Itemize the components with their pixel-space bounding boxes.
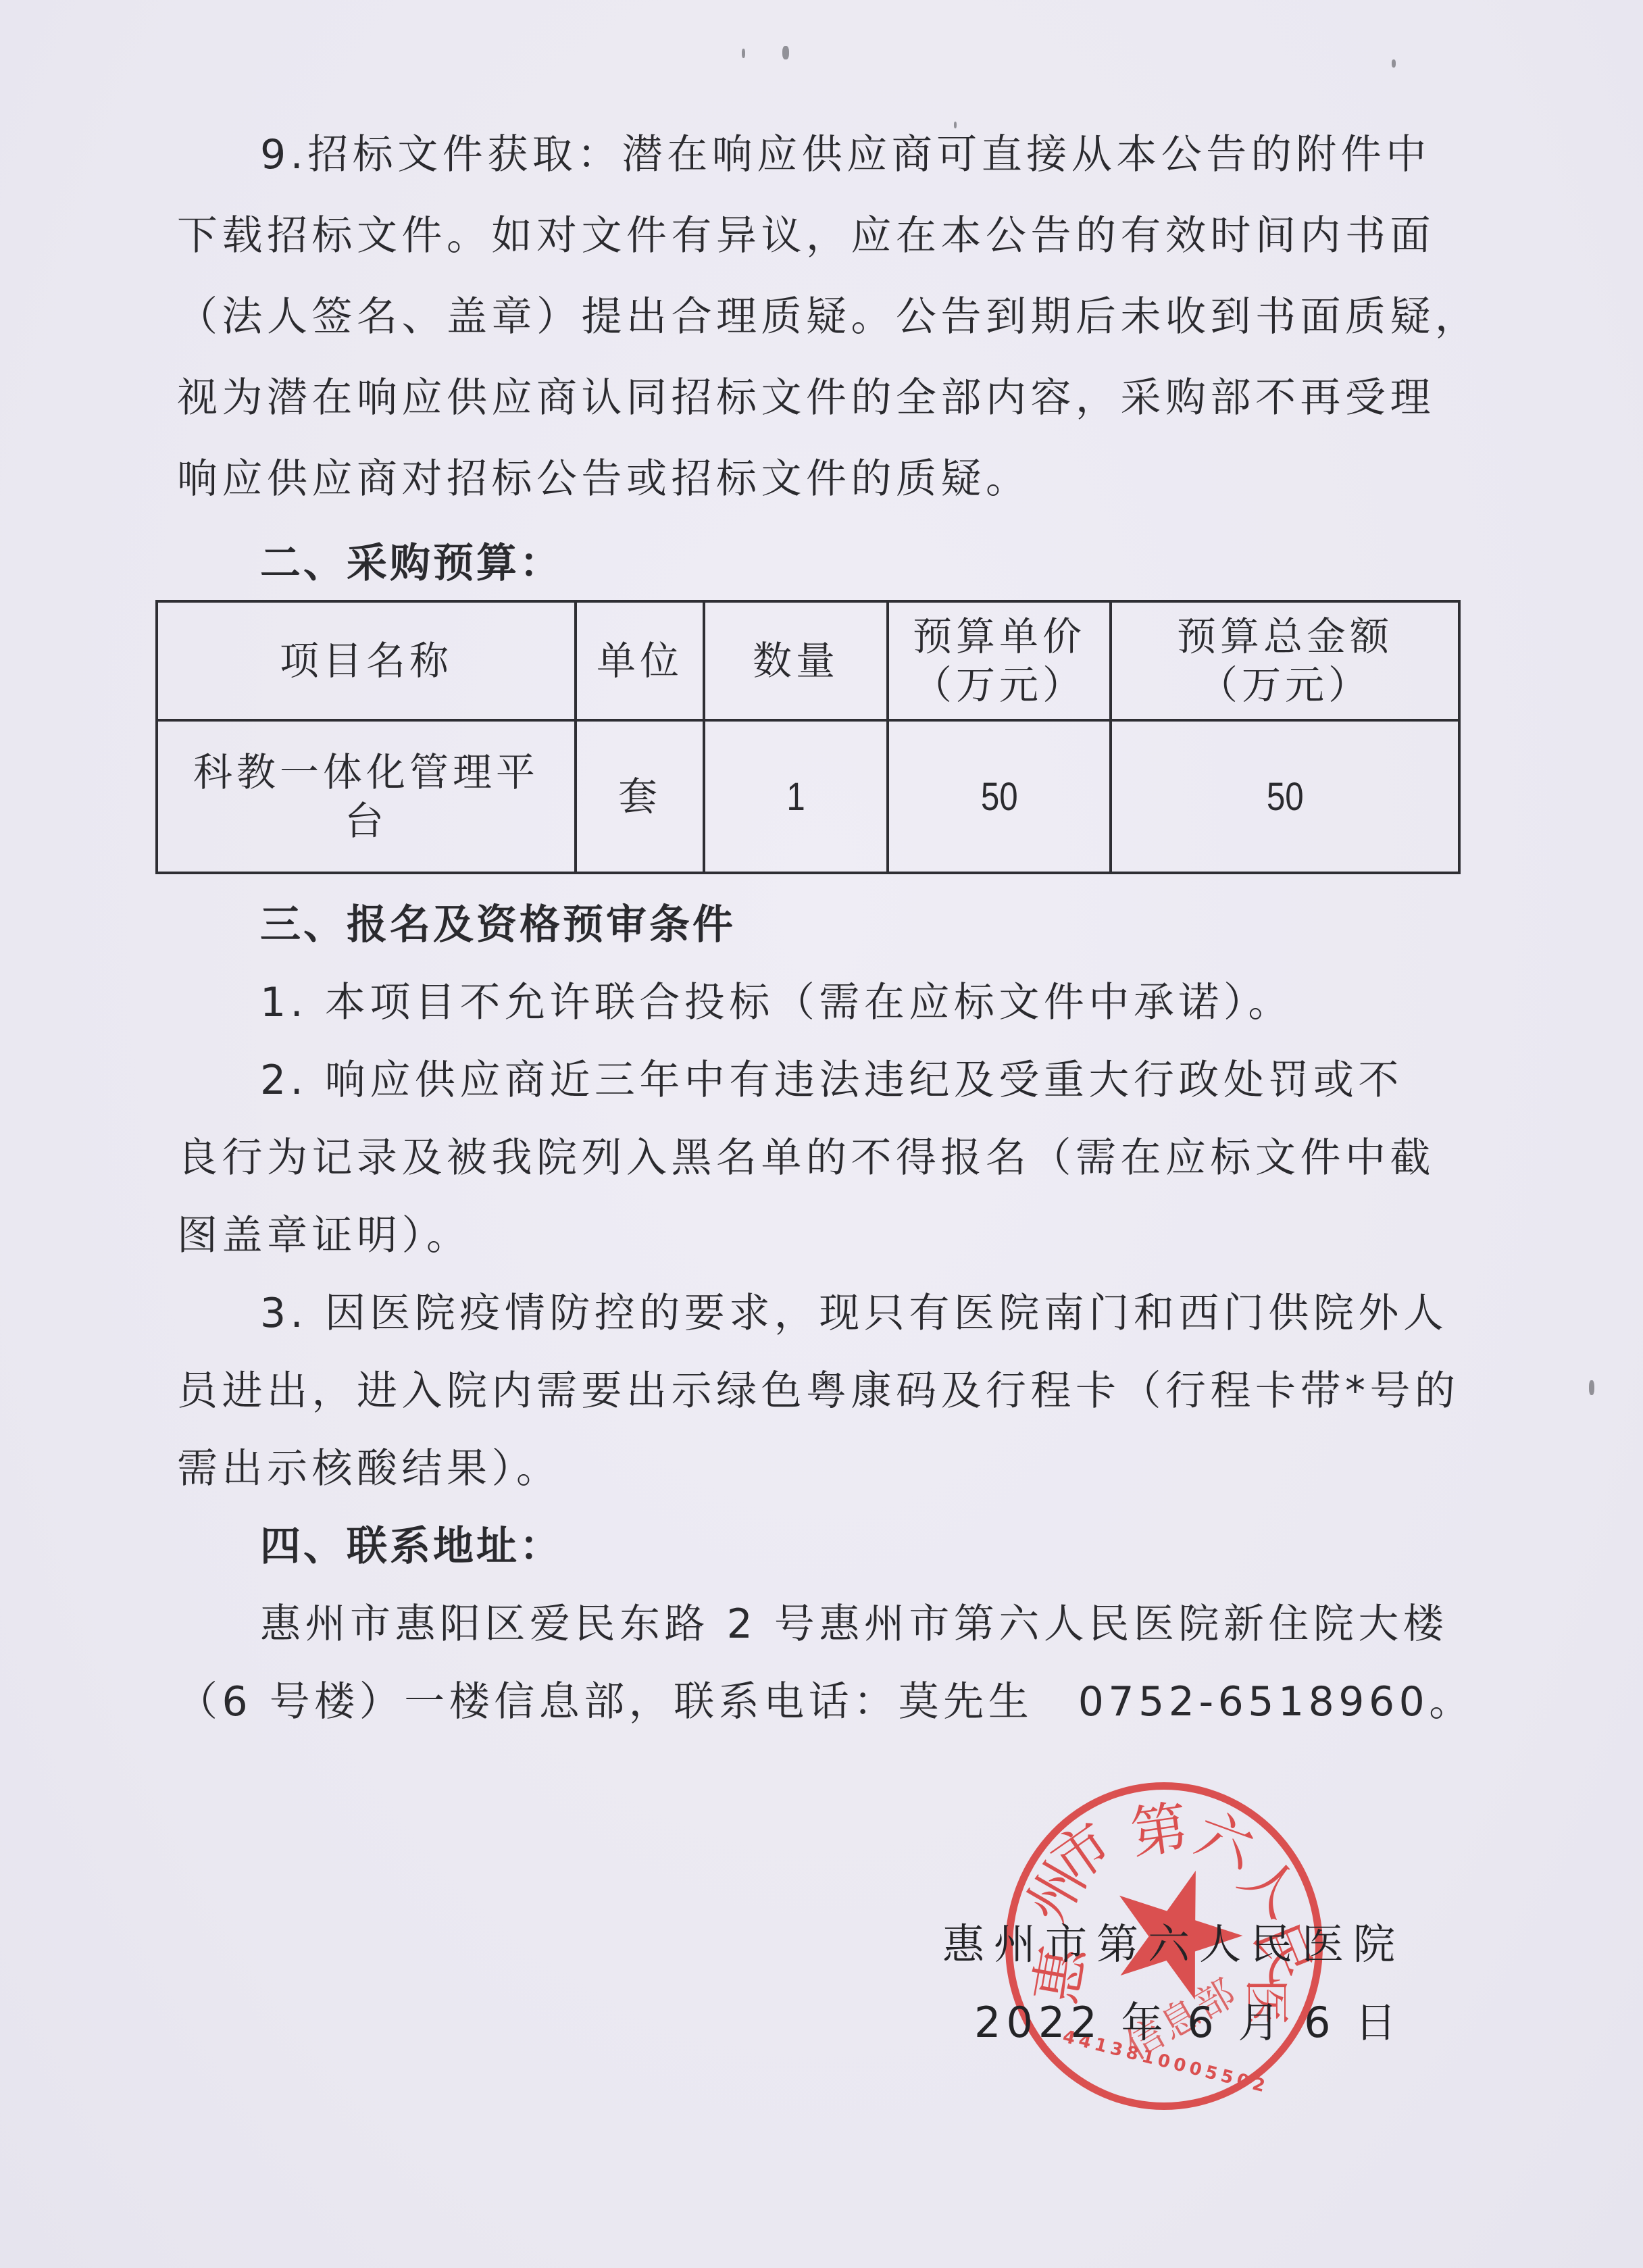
section-heading-contact: 四、联系地址： [260,1522,1517,1571]
budget-table: 项目名称 单位 数量 预算单价 （万元） 预算总金额 （万元） 科教一体化管理平… [155,600,1461,874]
scan-speck [1589,1380,1594,1395]
cell-text: 套 [618,774,661,820]
cell-unit: 套 [576,720,704,873]
scan-speck [1392,59,1396,68]
paragraph-line: 3. 因医院疫情防控的要求，现只有医院南门和西门供院外人 [260,1289,1517,1338]
cell-text: 50 [981,773,1018,822]
paragraph-line: 视为潜在响应供应商认同招标文件的全部内容，采购部不再受理 [177,374,1434,422]
scan-speck [742,49,745,58]
cell-text: 1 [786,773,805,822]
header-quantity: 数量 [704,601,888,720]
cell-text: 50 [1267,773,1304,822]
header-unit-label: （万元） [1116,661,1454,709]
address-line: 惠州市惠阳区爱民东路 2 号惠州市第六人民医院新住院大楼 [260,1600,1517,1648]
paragraph-line: 良行为记录及被我院列入黑名单的不得报名（需在应标文件中截 [177,1134,1434,1182]
header-label: 单位 [597,638,683,684]
header-project-name: 项目名称 [157,601,576,720]
header-label: 数量 [753,638,839,684]
paragraph-line: （法人签名、盖章）提出合理质疑。公告到期后未收到书面质疑， [177,293,1434,341]
section-heading-budget: 二、采购预算： [260,539,1517,588]
header-unit-price: 预算单价 （万元） [888,601,1111,720]
table-header-row: 项目名称 单位 数量 预算单价 （万元） 预算总金额 （万元） [157,601,1459,720]
paragraph-line: 9.招标文件获取：潜在响应供应商可直接从本公告的附件中 [260,130,1517,179]
paragraph-line: 需出示核酸结果）。 [177,1444,1434,1493]
header-label: 预算单价 [893,612,1105,661]
signature-organization: 惠州市第六人民医院 [942,1920,1405,1969]
section-heading-qualification: 三、报名及资格预审条件 [260,901,1517,949]
signature-date: 2022 年 6 月 6 日 [974,1998,1402,2047]
cell-unit-price: 50 [888,720,1111,873]
scan-speck [782,46,789,59]
paragraph-line: 响应供应商对招标公告或招标文件的质疑。 [177,455,1434,503]
table-row: 科教一体化管理平 台 套 1 50 50 [157,720,1459,873]
header-unit-label: （万元） [893,661,1105,709]
paragraph-line: 员进出，进入院内需要出示绿色粤康码及行程卡（行程卡带*号的 [177,1367,1434,1415]
scan-speck [954,122,957,128]
header-label: 预算总金额 [1116,612,1454,661]
cell-text: 台 [162,797,570,845]
header-label: 项目名称 [280,638,453,684]
paragraph-line: 图盖章证明）。 [177,1211,1434,1260]
cell-total-amount: 50 [1111,720,1459,873]
paragraph-line: 1. 本项目不允许联合投标（需在应标文件中承诺）。 [260,978,1517,1027]
header-unit: 单位 [576,601,704,720]
scanned-document-page: 9.招标文件获取：潜在响应供应商可直接从本公告的附件中 下载招标文件。如对文件有… [0,0,1643,2268]
address-line: （6 号楼）一楼信息部，联系电话：莫先生 0752-6518960。 [177,1678,1434,1726]
paragraph-line: 下载招标文件。如对文件有异议，应在本公告的有效时间内书面 [177,211,1434,260]
cell-quantity: 1 [704,720,888,873]
cell-text: 科教一体化管理平 [162,748,570,797]
seal-character: 第 [1128,1798,1192,1863]
header-total-amount: 预算总金额 （万元） [1111,601,1459,720]
paragraph-line: 2. 响应供应商近三年中有违法违纪及受重大行政处罚或不 [260,1056,1517,1105]
cell-project-name: 科教一体化管理平 台 [157,720,576,873]
